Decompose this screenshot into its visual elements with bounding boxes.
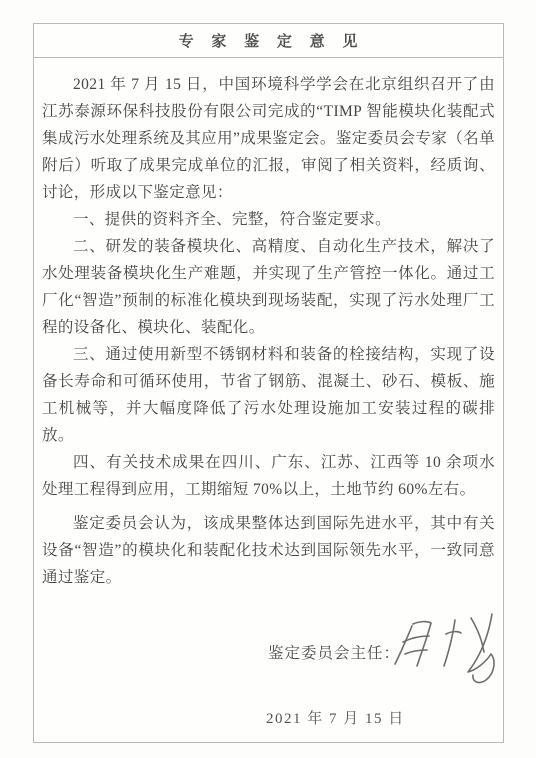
document-title-bar: 专 家 鉴 定 意 见 <box>34 24 503 58</box>
paragraph-intro: 2021 年 7 月 15 日，中国环境科学学会在北京组织召开了由江苏泰源环保科… <box>42 71 495 206</box>
document-body: 2021 年 7 月 15 日，中国环境科学学会在北京组织召开了由江苏泰源环保科… <box>34 58 503 591</box>
paragraph-opinion-3: 三、通过使用新型不锈钢材料和装备的栓接结构，实现了设备长寿命和可循环使用，节省了… <box>42 341 495 449</box>
document-date: 2021 年 7 月 15 日 <box>266 707 405 728</box>
scanned-page: 专 家 鉴 定 意 见 2021 年 7 月 15 日，中国环境科学学会在北京组… <box>0 0 536 758</box>
paragraph-opinion-1: 一、提供的资料齐全、完整，符合鉴定要求。 <box>42 206 495 233</box>
paragraph-opinion-2: 二、研发的装备模块化、高精度、自动化生产技术，解决了水处理装备模块化生产难题，并… <box>42 233 495 341</box>
document-title: 专 家 鉴 定 意 见 <box>179 30 365 51</box>
document-frame: 专 家 鉴 定 意 见 2021 年 7 月 15 日，中国环境科学学会在北京组… <box>33 23 504 743</box>
paragraph-conclusion: 鉴定委员会认为，该成果整体达到国际先进水平，其中有关设备“智造”的模块化和装配化… <box>42 510 495 591</box>
paragraph-opinion-4: 四、有关技术成果在四川、广东、江苏、江西等 10 余项水处理工程得到应用，工期缩… <box>42 449 495 503</box>
handwritten-signature-icon <box>386 604 506 699</box>
signature-label: 鉴定委员会主任： <box>268 641 400 663</box>
